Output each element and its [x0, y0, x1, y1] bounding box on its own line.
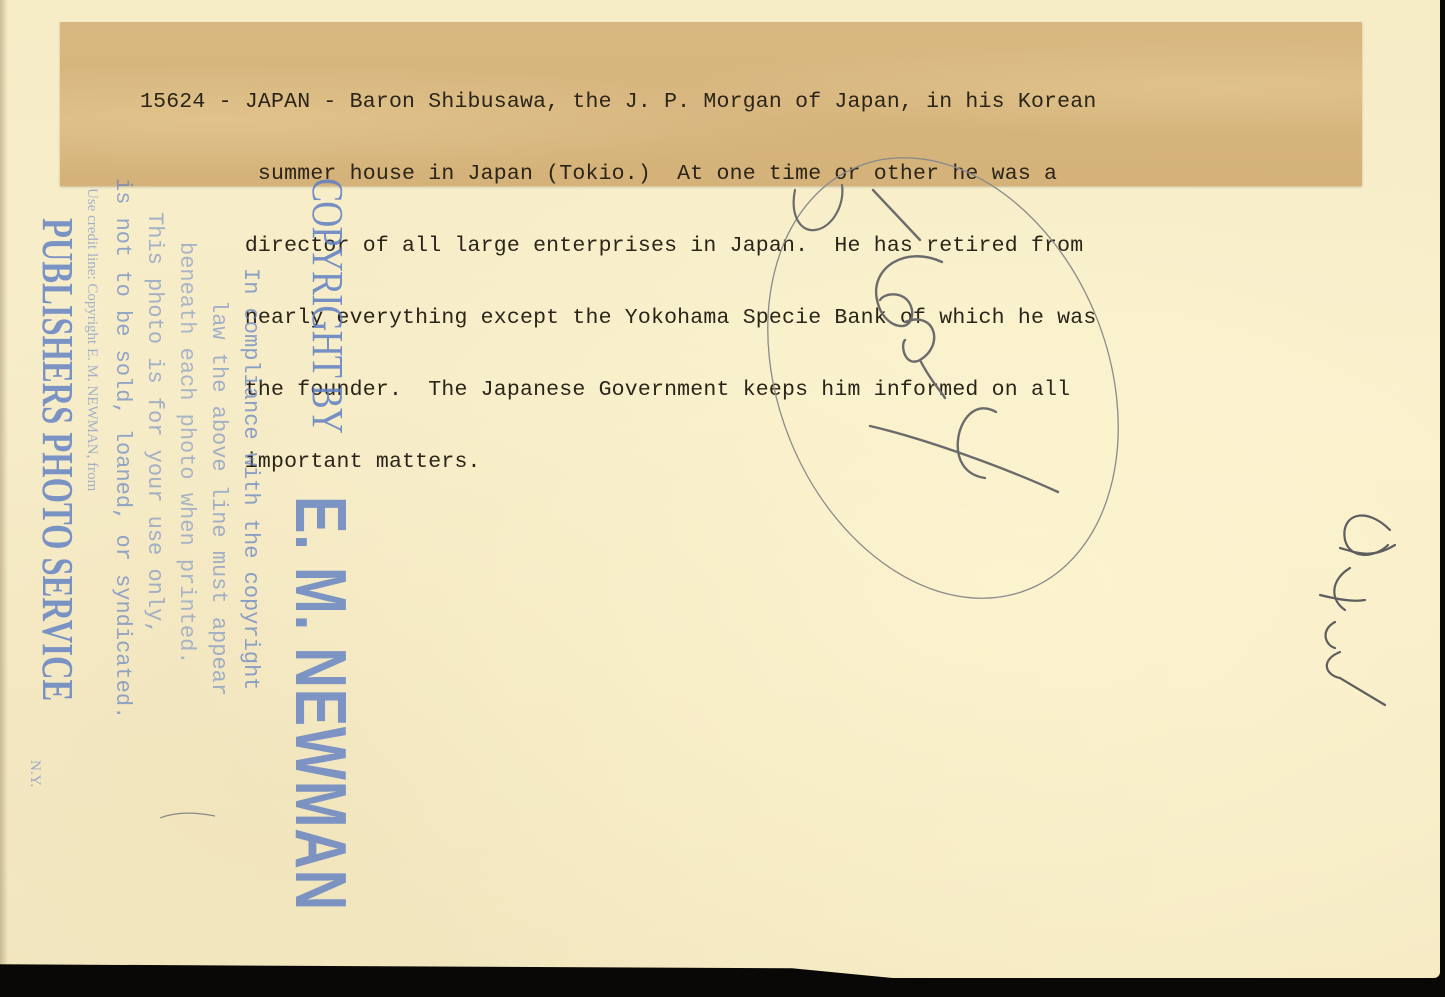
stamp-notice-line: is not to be sold, loaned, or syndicated…: [110, 178, 135, 719]
stamp-copyright-by: COPYRIGHT BY: [302, 178, 353, 433]
stamp-notice-line: beneath each photo when printed.: [174, 242, 199, 664]
card-edge-shadow: [0, 0, 8, 978]
copyright-stamp: COPYRIGHT BY E. M. NEWMAN In compliance …: [15, 178, 355, 838]
stamp-location: N.Y.: [26, 760, 43, 787]
stamp-notice-line: In compliance with the copyright: [238, 268, 263, 690]
stamp-notice-line: This photo is for your use only,: [142, 212, 167, 634]
caption-line: 15624 - JAPAN - Baron Shibusawa, the J. …: [140, 90, 1340, 114]
stamp-notice-line: law the above line must appear: [206, 300, 231, 696]
stamp-service-name: PUBLISHERS PHOTO SERVICE: [32, 218, 83, 701]
photo-card-back: 15624 - JAPAN - Baron Shibusawa, the J. …: [0, 0, 1440, 978]
typed-caption-label: 15624 - JAPAN - Baron Shibusawa, the J. …: [60, 22, 1362, 186]
stamp-photographer-name: E. M. NEWMAN: [279, 496, 361, 911]
stamp-credit-line: Use credit line: Copyright E. M. NEWMAN,…: [83, 188, 100, 491]
